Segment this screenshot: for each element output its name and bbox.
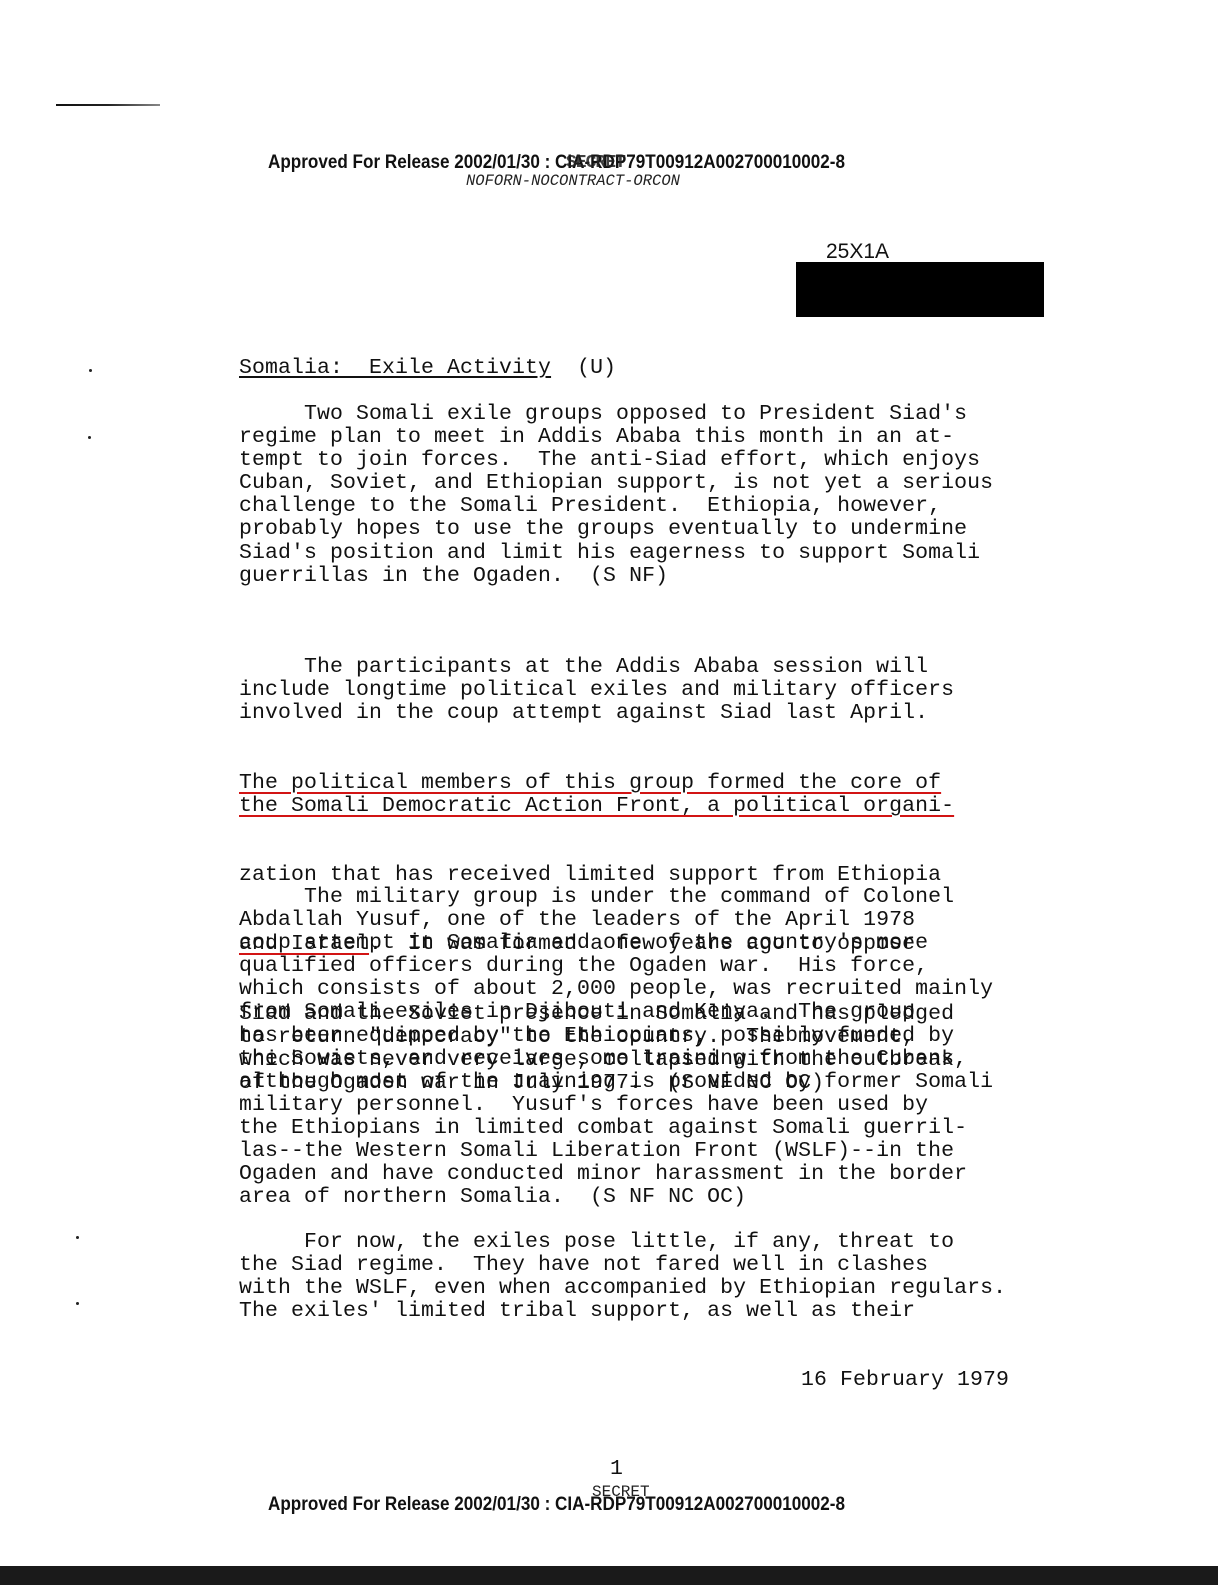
- title-classification: (U): [577, 356, 616, 380]
- paragraph-line: from Somali exiles in Djibouti and Kenya…: [239, 1001, 993, 1024]
- paragraph-line: challenge to the Somali President. Ethio…: [239, 495, 993, 518]
- paragraph-line: Ogaden and have conducted minor harassme…: [239, 1163, 993, 1186]
- paragraph-line: the Somali Democratic Action Front, a po…: [239, 795, 954, 818]
- paragraph-line: The political members of this group form…: [239, 772, 954, 795]
- paragraph-line: probably hopes to use the groups eventua…: [239, 518, 993, 541]
- paragraph-line: Two Somali exile groups opposed to Presi…: [239, 403, 993, 426]
- margin-dot: [76, 1302, 79, 1305]
- paragraph-3: The military group is under the command …: [239, 886, 993, 1209]
- paragraph-line: military personnel. Yusuf's forces have …: [239, 1094, 993, 1117]
- title-text: Somalia: Exile Activity: [239, 356, 551, 380]
- paragraph-line: For now, the exiles pose little, if any,…: [239, 1231, 1006, 1254]
- release-stamp-bottom: Approved For Release 2002/01/30 : CIA-RD…: [268, 1494, 845, 1516]
- paragraph-line: has been equipped by the Ethiopians, pos…: [239, 1025, 993, 1048]
- exemption-code: 25X1A: [826, 240, 889, 264]
- paragraph-line: zation that has received limited support…: [239, 864, 954, 887]
- paragraph-line: Siad's position and limit his eagerness …: [239, 542, 993, 565]
- document-title: Somalia: Exile Activity (U): [239, 357, 616, 380]
- margin-dot: [76, 1236, 79, 1239]
- paragraph-line: the Soviets, and receives some training …: [239, 1048, 993, 1071]
- paragraph-line: which consists of about 2,000 people, wa…: [239, 978, 993, 1001]
- paragraph-line: area of northern Somalia. (S NF NC OC): [239, 1186, 993, 1209]
- handling-caveats: NOFORN-NOCONTRACT-ORCON: [466, 172, 680, 190]
- paragraph-1: Two Somali exile groups opposed to Presi…: [239, 403, 993, 588]
- margin-dot: [88, 436, 91, 439]
- margin-dot: [89, 369, 92, 372]
- paragraph-4: For now, the exiles pose little, if any,…: [239, 1231, 1006, 1323]
- paragraph-line: regime plan to meet in Addis Ababa this …: [239, 426, 993, 449]
- highlighted-line: the Somali Democratic Action Front, a po…: [239, 794, 954, 818]
- redaction-block: [796, 262, 1044, 317]
- paragraph-line: guerrillas in the Ogaden. (S NF): [239, 565, 993, 588]
- classification-overlay-top: SECRET: [566, 153, 625, 173]
- paragraph-line: The exiles' limited tribal support, as w…: [239, 1300, 1006, 1323]
- highlighted-line: The political members of this group form…: [239, 771, 941, 795]
- paragraph-line: Cuban, Soviet, and Ethiopian support, is…: [239, 472, 993, 495]
- page-number: 1: [610, 1458, 623, 1481]
- margin-pen-mark: [56, 104, 160, 106]
- paragraph-line: qualified officers during the Ogaden war…: [239, 955, 993, 978]
- paragraph-line: The military group is under the command …: [239, 886, 993, 909]
- scan-edge-bar: [0, 1566, 1218, 1585]
- paragraph-line: The participants at the Addis Ababa sess…: [239, 656, 954, 679]
- paragraph-line: las--the Western Somali Liberation Front…: [239, 1140, 993, 1163]
- paragraph-line: the Siad regime. They have not fared wel…: [239, 1254, 1006, 1277]
- release-stamp-top: Approved For Release 2002/01/30 : CIA-RD…: [268, 152, 845, 174]
- document-date: 16 February 1979: [801, 1369, 1009, 1392]
- paragraph-line: include longtime political exiles and mi…: [239, 679, 954, 702]
- paragraph-line: tempt to join forces. The anti-Siad effo…: [239, 449, 993, 472]
- paragraph-line: coup attempt in Somalia and one of the c…: [239, 932, 993, 955]
- paragraph-line: Abdallah Yusuf, one of the leaders of th…: [239, 909, 993, 932]
- paragraph-line: the Ethiopians in limited combat against…: [239, 1117, 993, 1140]
- paragraph-line: although most of the training is provide…: [239, 1071, 993, 1094]
- paragraph-line: involved in the coup attempt against Sia…: [239, 702, 954, 725]
- paragraph-line: with the WSLF, even when accompanied by …: [239, 1277, 1006, 1300]
